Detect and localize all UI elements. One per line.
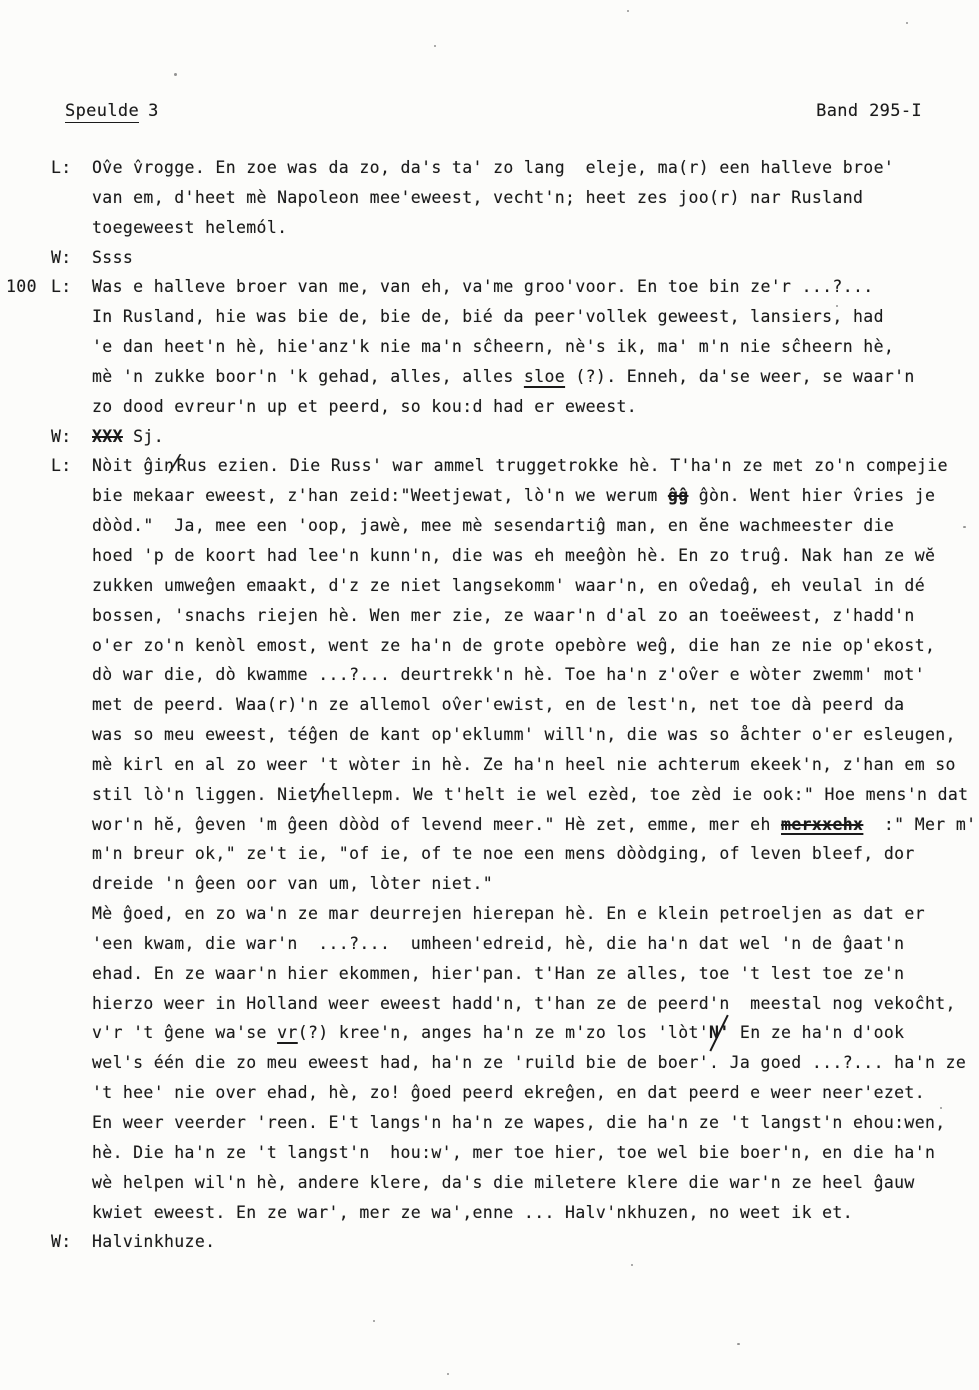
document-page: Speulde3 Band 295-I L:Ov̂e v̂rogge. En z…: [0, 0, 979, 1390]
text-segment: wè helpen wil'n hè, andere klere, da's d…: [92, 1173, 915, 1192]
text-segment-u: sloe: [524, 367, 565, 386]
text-segment: (?). Enneh, da'se weer, se waar'n: [565, 367, 915, 386]
text-segment-xu: merxxehx: [781, 815, 863, 834]
text-segment: 'een kwam, die war'n ...?... umheen'edre…: [92, 934, 904, 953]
text-segment: bie mekaar eweest, z'han zeid:"Weetjewat…: [92, 486, 668, 505]
transcript-line: was so meu eweest, téĝen de kant op'eklu…: [0, 720, 979, 750]
transcript-line: wor'n hĕ, ĝeven 'm ĝeen dòòd of levend m…: [0, 810, 979, 840]
transcript-line: dòòd." Ja, mee een 'oop, jawè, mee mè se…: [0, 511, 979, 541]
text-segment: zukken umweĝen emaakt, d'z ze niet langs…: [92, 576, 925, 595]
transcript-line: In Rusland, hie was bie de, bie de, bié …: [0, 302, 979, 332]
text-segment: En weer veerder 'reen. E't langs'n ha'n …: [92, 1113, 946, 1132]
text-segment: bossen, 'snachs riejen hè. Wen mer zie, …: [92, 606, 915, 625]
transcript-line: mè kirl en al zo weer 't wòter in hè. Ze…: [0, 750, 979, 780]
transcript-line: v'r 't ĝene wa'se vr(?) kree'n, anges ha…: [0, 1018, 979, 1048]
text-segment: Nòit ĝin: [92, 456, 174, 475]
transcript-line: stil lò'n liggen. Niet/hellepm. We t'hel…: [0, 780, 979, 810]
transcript-line: wel's één die zo meu eweest had, ha'n ze…: [0, 1048, 979, 1078]
page-title: Speulde3: [65, 101, 159, 121]
transcript-line: 100L:Was e halleve broer van me, van eh,…: [0, 272, 979, 302]
transcript-line: kwiet eweest. En ze war', mer ze wa',enn…: [0, 1198, 979, 1228]
text-segment: Was e halleve broer van me, van eh, va'm…: [92, 277, 874, 296]
text-segment: toegeweest helemól.: [92, 218, 287, 237]
transcript-line: hoed 'p de koort had lee'n kunn'n, die w…: [0, 541, 979, 571]
transcript-line: En weer veerder 'reen. E't langs'n ha'n …: [0, 1108, 979, 1138]
text-segment: zo dood evreur'n up et peerd, so kou:d h…: [92, 397, 637, 416]
text-segment: hierzo weer in Holland weer eweest hadd'…: [92, 994, 956, 1013]
text-segment: wel's één die zo meu eweest had, ha'n ze…: [92, 1053, 966, 1072]
scan-speck: [737, 1343, 740, 1345]
scan-speck: [434, 45, 436, 47]
band-label: Band 295-I: [816, 101, 922, 121]
text-segment: mè 'n zukke boor'n 'k gehad, alles, alle…: [92, 367, 524, 386]
text-segment: hè. Die ha'n ze 't langst'n hou:w', mer …: [92, 1143, 935, 1162]
text-segment: wor'n hĕ, ĝeven 'm ĝeen dòòd of levend m…: [92, 815, 781, 834]
text-segment: stil lò'n liggen. Niet: [92, 785, 318, 804]
text-segment: Sj.: [123, 427, 164, 446]
scan-speck: [906, 22, 908, 24]
text-segment: ĝòn. Went hier v̂ries je: [688, 486, 935, 505]
scan-speck: [940, 1107, 942, 1109]
speaker-label: W:: [51, 243, 72, 273]
transcript-line: toegeweest helemól.: [0, 213, 979, 243]
scan-speck: [627, 10, 629, 12]
transcript-line: dreide 'n ĝeen oor van um, lòter niet.": [0, 869, 979, 899]
text-segment: In Rusland, hie was bie de, bie de, bié …: [92, 307, 884, 326]
text-segment: Ssss: [92, 248, 133, 267]
transcript-line: bie mekaar eweest, z'han zeid:"Weetjewat…: [0, 481, 979, 511]
text-segment: Mè ĝoed, en zo wa'n ze mar deurrejen hie…: [92, 904, 925, 923]
text-segment-u: vr: [277, 1023, 298, 1042]
scan-speck: [631, 1264, 633, 1266]
transcript-line: mè 'n zukke boor'n 'k gehad, alles, alle…: [0, 362, 979, 392]
transcript-line: van em, d'heet mè Napoleon mee'eweest, v…: [0, 183, 979, 213]
transcript-line: hierzo weer in Holland weer eweest hadd'…: [0, 989, 979, 1019]
transcript-line: W:Halvinkhuze.: [0, 1227, 979, 1257]
text-segment: mè kirl en al zo weer 't wòter in hè. Ze…: [92, 755, 956, 774]
transcript-line: m'n breur ok," ze't ie, "of ie, of te no…: [0, 839, 979, 869]
text-segment: o'er zo'n kenòl emost, went ze ha'n de g…: [92, 636, 935, 655]
text-segment: 't hee' nie over ehad, hè, zo! ĝoed peer…: [92, 1083, 925, 1102]
line-number: 100: [6, 272, 37, 302]
speaker-label: L:: [51, 451, 72, 481]
text-segment-hx: N': [709, 1018, 730, 1048]
transcript-line: ehad. En ze waar'n hier ekommen, hier'pa…: [0, 959, 979, 989]
text-segment: dreide 'n ĝeen oor van um, lòter niet.": [92, 874, 493, 893]
text-segment: dò war die, dò kwamme ...?... deurtrekk'…: [92, 665, 925, 684]
scan-speck: [174, 73, 177, 76]
text-segment-x: ĝĝ: [668, 486, 689, 505]
transcript-line: Mè ĝoed, en zo wa'n ze mar deurrejen hie…: [0, 899, 979, 929]
transcript-line: wè helpen wil'n hè, andere klere, da's d…: [0, 1168, 979, 1198]
scan-speck: [836, 305, 838, 307]
text-segment: Halvinkhuze.: [92, 1232, 215, 1251]
text-segment: met de peerd. Waa(r)'n ze allemol ov̂er'…: [92, 695, 904, 714]
text-segment: was so meu eweest, téĝen de kant op'eklu…: [92, 725, 956, 744]
transcript-line: dò war die, dò kwamme ...?... deurtrekk'…: [0, 660, 979, 690]
scan-speck: [963, 526, 966, 528]
text-segment: hoed 'p de koort had lee'n kunn'n, die w…: [92, 546, 935, 565]
title-number: 3: [148, 101, 159, 121]
text-segment: hellepm. We t'helt ie wel ezèd, toe zèd …: [321, 785, 969, 804]
transcript-line: 'een kwam, die war'n ...?... umheen'edre…: [0, 929, 979, 959]
speaker-label: W:: [51, 1227, 72, 1257]
speaker-label: L:: [51, 272, 72, 302]
text-segment-x: XXX: [92, 427, 123, 446]
title-text: Speulde: [65, 101, 139, 123]
text-segment: 'e dan heet'n hè, hie'anz'k nie ma'n sĉh…: [92, 337, 894, 356]
transcript-line: 't hee' nie over ehad, hè, zo! ĝoed peer…: [0, 1078, 979, 1108]
text-segment: m'n breur ok," ze't ie, "of ie, of te no…: [92, 844, 915, 863]
transcript-line: met de peerd. Waa(r)'n ze allemol ov̂er'…: [0, 690, 979, 720]
transcript-line: zukken umweĝen emaakt, d'z ze niet langs…: [0, 571, 979, 601]
speaker-label: W:: [51, 422, 72, 452]
transcript-line: hè. Die ha'n ze 't langst'n hou:w', mer …: [0, 1138, 979, 1168]
transcript-line: bossen, 'snachs riejen hè. Wen mer zie, …: [0, 601, 979, 631]
text-segment: (?) kree'n, anges ha'n ze m'zo los 'lòt': [298, 1023, 709, 1042]
transcript-line: 'e dan heet'n hè, hie'anz'k nie ma'n sĉh…: [0, 332, 979, 362]
transcript-line: W:Ssss: [0, 243, 979, 273]
text-segment: van em, d'heet mè Napoleon mee'eweest, v…: [92, 188, 863, 207]
transcript-line: L:Ov̂e v̂rogge. En zoe was da zo, da's t…: [0, 153, 979, 183]
transcript-line: zo dood evreur'n up et peerd, so kou:d h…: [0, 392, 979, 422]
scan-speck: [447, 1373, 449, 1375]
transcript-line: L:Nòit ĝin/Rus ezien. Die Russ' war amme…: [0, 451, 979, 481]
text-segment: Ov̂e v̂rogge. En zoe was da zo, da's ta'…: [92, 158, 894, 177]
text-segment: ehad. En ze waar'n hier ekommen, hier'pa…: [92, 964, 904, 983]
text-segment: En ze ha'n d'ook: [730, 1023, 905, 1042]
text-segment: kwiet eweest. En ze war', mer ze wa',enn…: [92, 1203, 853, 1222]
text-segment: v'r 't ĝene wa'se: [92, 1023, 277, 1042]
scan-speck: [373, 1320, 375, 1322]
transcript-line: o'er zo'n kenòl emost, went ze ha'n de g…: [0, 631, 979, 661]
page-header: Speulde3 Band 295-I: [65, 101, 922, 121]
text-segment: dòòd." Ja, mee een 'oop, jawè, mee mè se…: [92, 516, 894, 535]
transcript-line: W:XXX Sj.: [0, 422, 979, 452]
speaker-label: L:: [51, 153, 72, 183]
text-segment: :" Mer m': [863, 815, 976, 834]
text-segment: Rus ezien. Die Russ' war ammel truggetro…: [177, 456, 948, 475]
transcript: L:Ov̂e v̂rogge. En zoe was da zo, da's t…: [0, 153, 979, 1257]
